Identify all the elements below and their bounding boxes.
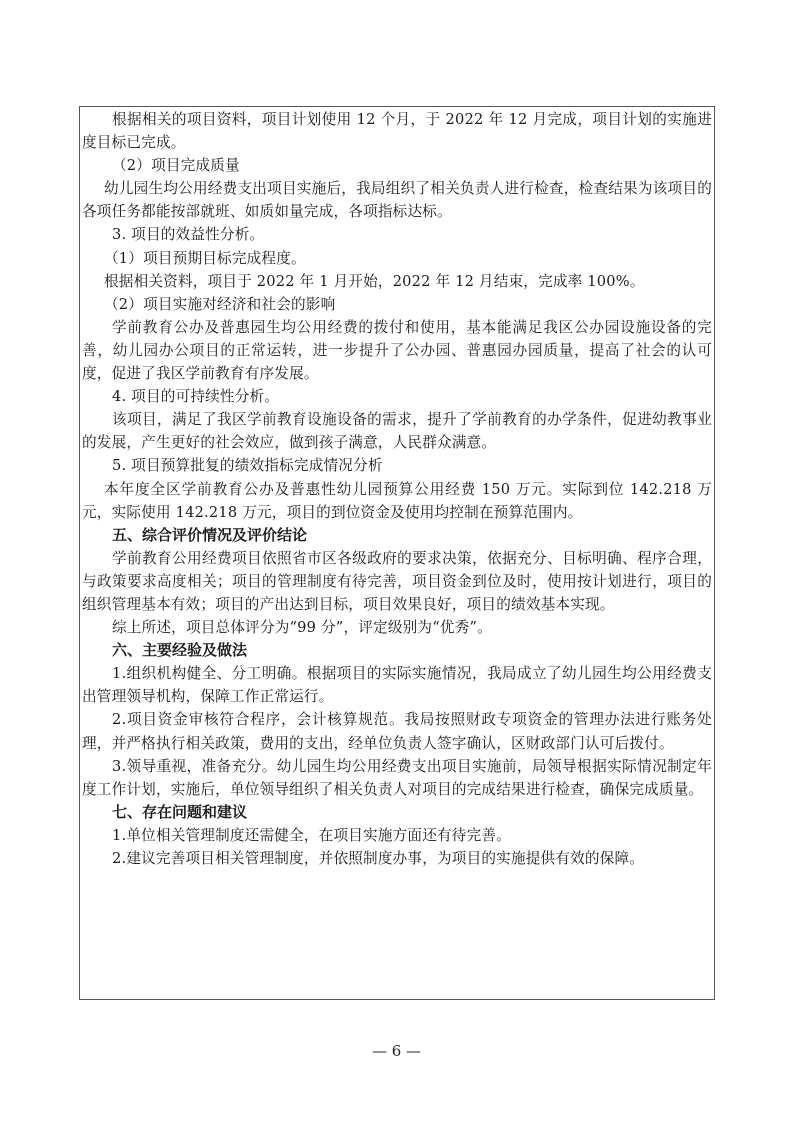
paragraph-goal-completion: 根据相关资料，项目于 2022 年 1 月开始，2022 年 12 月结束，完成… <box>82 270 712 293</box>
paragraph-evaluation: 学前教育公用经费项目依照省市区各级政府的要求决策，依据充分、目标明确、程序合理，… <box>82 547 712 616</box>
paragraph-sustainability: 该项目，满足了我区学前教育设施设备的需求，提升了学前教育的办学条件，促进幼教事业… <box>82 408 712 454</box>
paragraph-schedule: 根据相关的项目资料，项目计划使用 12 个月，于 2022 年 12 月完成，项… <box>82 108 712 154</box>
paragraph-experience-2: 2.项目资金审核符合程序，会计核算规范。我局按照财政专项资金的管理办法进行账务处… <box>82 708 712 754</box>
section-heading-experience: 六、主要经验及做法 <box>82 639 712 662</box>
paragraph-budget: 本年度全区学前教育公办及普惠性幼儿园预算公用经费 150 万元。实际到位 142… <box>82 478 712 524</box>
page-number: — 6 — <box>0 1042 793 1060</box>
paragraph-problem-2: 2.建议完善项目相关管理制度，并依照制度办事，为项目的实施提供有效的保障。 <box>82 847 712 870</box>
document-body: 根据相关的项目资料，项目计划使用 12 个月，于 2022 年 12 月完成，项… <box>82 108 712 870</box>
paragraph-impact: 学前教育公办及普惠园生均公用经费的拨付和使用，基本能满足我区公办园设施设备的完善… <box>82 316 712 385</box>
section-heading-evaluation: 五、综合评价情况及评价结论 <box>82 524 712 547</box>
paragraph-experience-1: 1.组织机构健全、分工明确。根据项目的实际实施情况，我局成立了幼儿园生均公用经费… <box>82 662 712 708</box>
subheading-quality: （2）项目完成质量 <box>82 154 712 177</box>
paragraph-quality: 幼儿园生均公用经费支出项目实施后，我局组织了相关负责人进行检查，检查结果为该项目… <box>82 177 712 223</box>
paragraph-score: 综上所述，项目总体评分为“99 分”，评定级别为“优秀”。 <box>82 616 712 639</box>
subheading-budget-indicators: 5. 项目预算批复的绩效指标完成情况分析 <box>82 454 712 477</box>
section-heading-problems: 七、存在问题和建议 <box>82 801 712 824</box>
subheading-goal-completion: （1）项目预期目标完成程度。 <box>82 247 712 270</box>
subheading-benefit: 3. 项目的效益性分析。 <box>82 223 712 246</box>
paragraph-problem-1: 1.单位相关管理制度还需健全，在项目实施方面还有待完善。 <box>82 824 712 847</box>
subheading-impact: （2）项目实施对经济和社会的影响 <box>82 293 712 316</box>
subheading-sustainability: 4. 项目的可持续性分析。 <box>82 385 712 408</box>
paragraph-experience-3: 3.领导重视，准备充分。幼儿园生均公用经费支出项目实施前，局领导根据实际情况制定… <box>82 755 712 801</box>
